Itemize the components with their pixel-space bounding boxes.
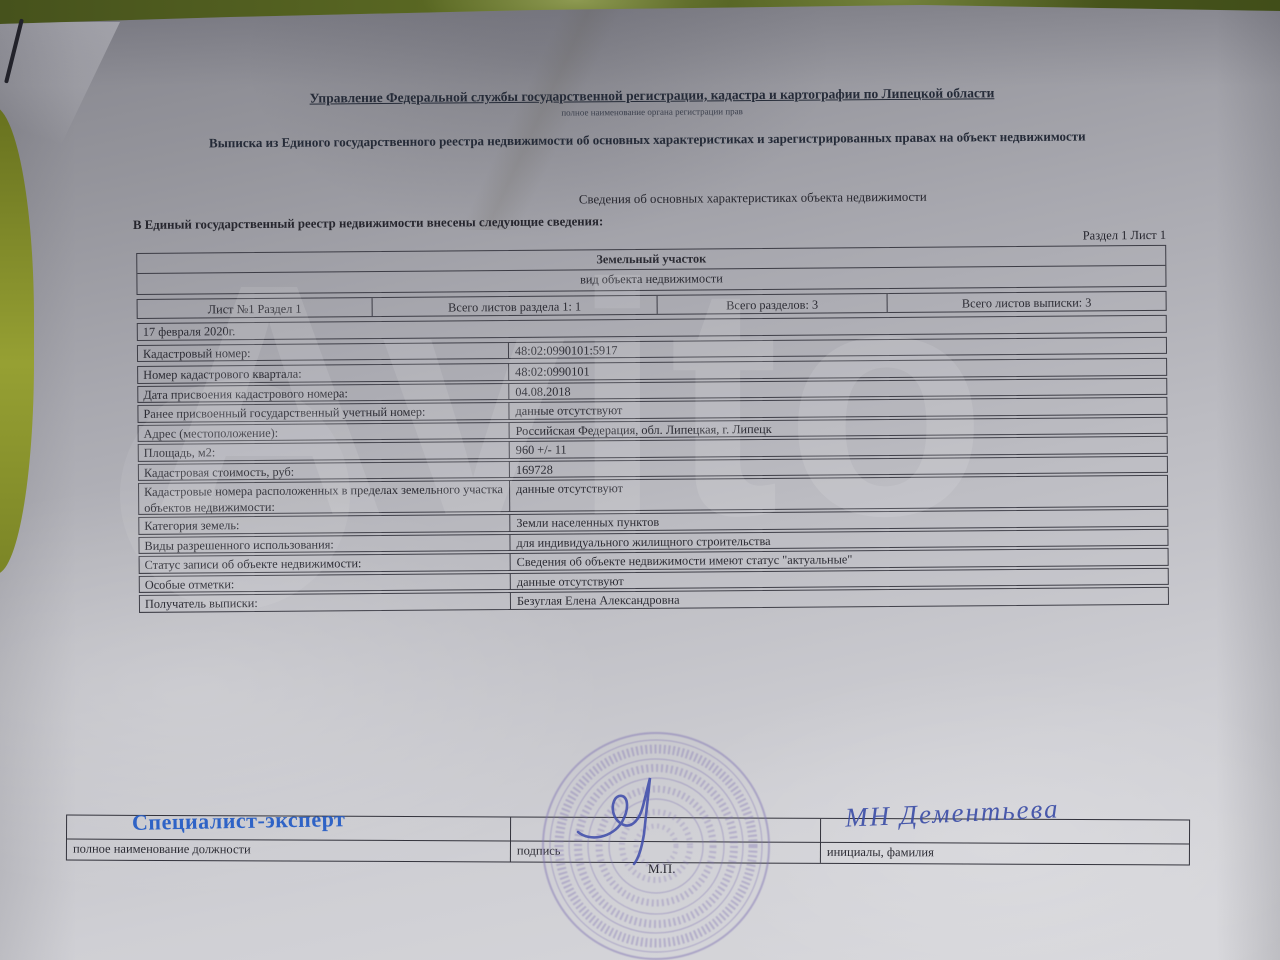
name-caption: инициалы, фамилия bbox=[821, 842, 1189, 865]
signature-area: полное наименование должности подпись ин… bbox=[0, 0, 1280, 960]
photo-of-document: Управление Федеральной службы государств… bbox=[0, 0, 1280, 960]
role-title: Специалист-эксперт bbox=[132, 806, 346, 836]
handwritten-signature bbox=[570, 770, 690, 870]
role-caption: полное наименование должности bbox=[67, 839, 511, 862]
